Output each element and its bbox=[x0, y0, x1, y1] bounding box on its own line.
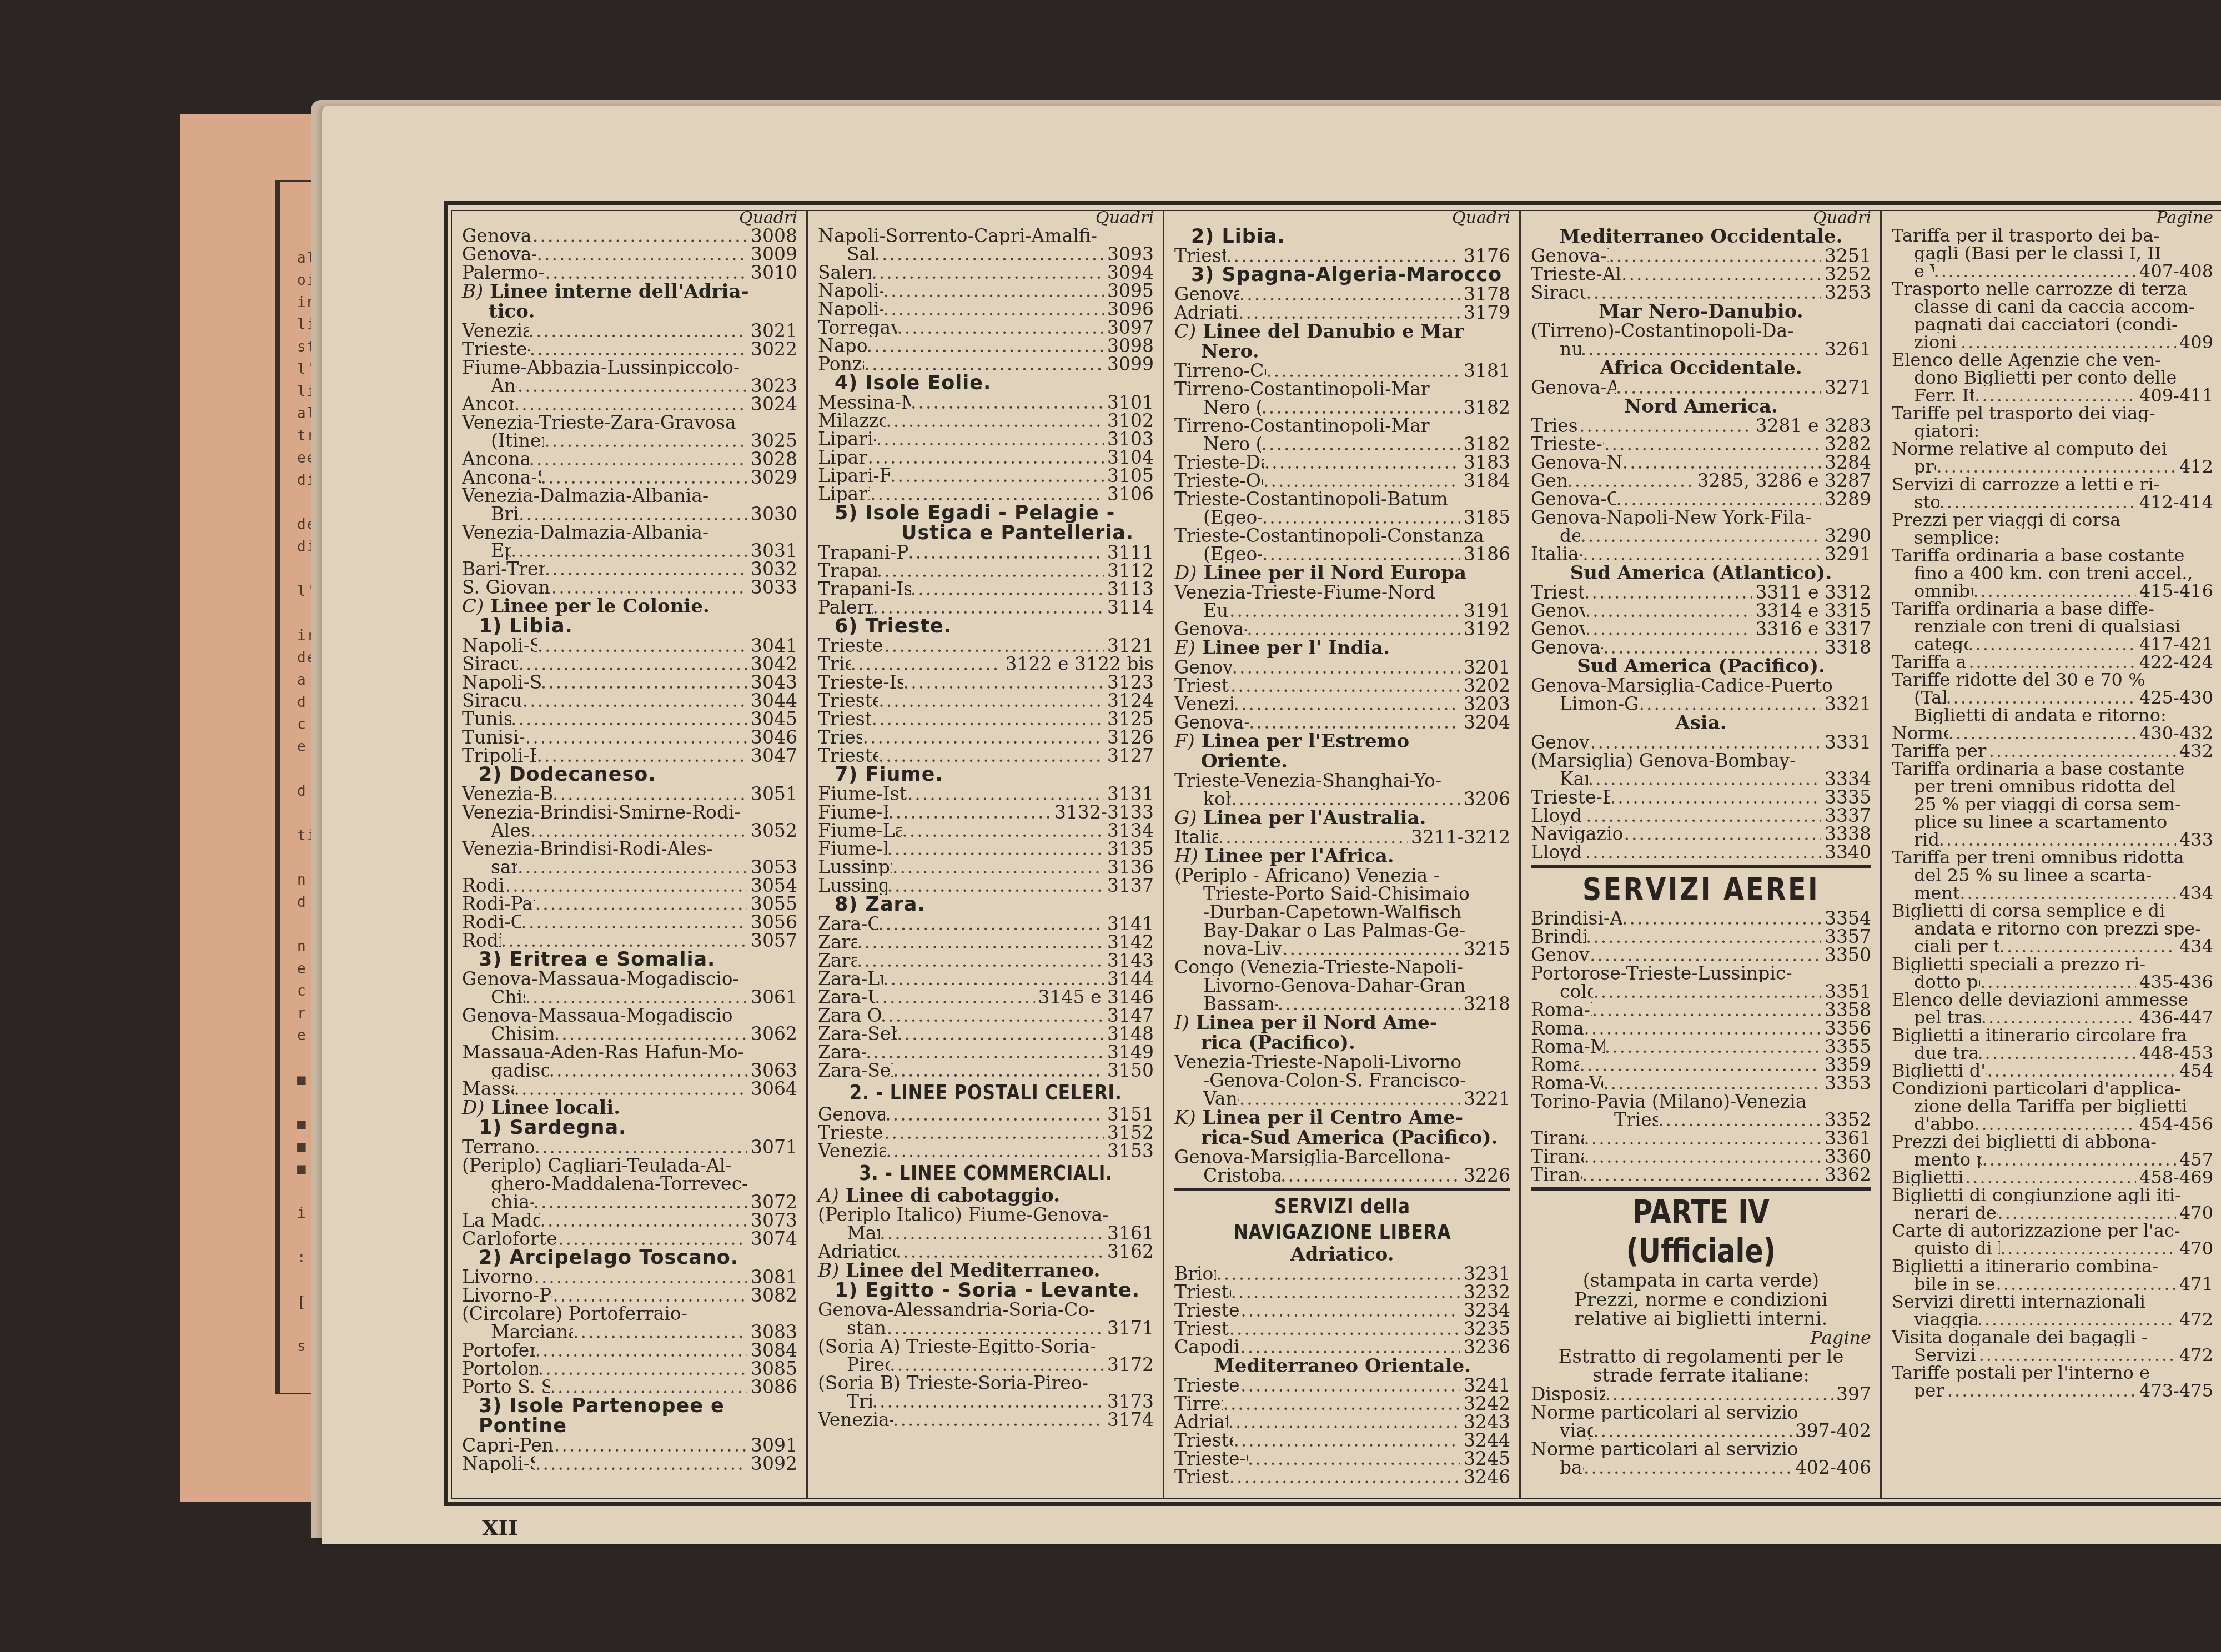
index-entry: Lussingrande-Fiume3137 bbox=[818, 876, 1154, 895]
entry-title: Zara-Ulbo e Zara-Sale. bbox=[818, 988, 875, 1006]
index-entry: Genova-Africa Occidentale3271 bbox=[1531, 378, 1871, 396]
table-number: 3086 bbox=[747, 1378, 797, 1396]
leader-dots bbox=[545, 560, 747, 578]
entry-title: Chisimaio bbox=[491, 988, 525, 1006]
index-entry: quisto di biglietti a metà prezzo470 bbox=[1892, 1239, 2213, 1257]
entry-title: Trieste-Palestina bbox=[1174, 1431, 1233, 1449]
entry-title-line: plice su linee a scartamento bbox=[1892, 813, 2213, 831]
index-entry: Trieste-Palestina3244 bbox=[1174, 1431, 1510, 1449]
leader-dots bbox=[1974, 1115, 2136, 1133]
entry-title: Napoli-Siracusa-Tripoli bbox=[462, 636, 537, 655]
leader-dots bbox=[1231, 790, 1460, 808]
leader-dots bbox=[1939, 831, 2176, 848]
index-entry: Genova-Barcellona3178 bbox=[1174, 285, 1510, 303]
table-number: 3008 bbox=[747, 227, 797, 245]
index-entry: (Tabella C)425-430 bbox=[1892, 689, 2213, 706]
entry-title: (Tabella C) bbox=[1914, 689, 1946, 706]
entry-title: Brindisi-Valona bbox=[1531, 927, 1586, 946]
leader-dots bbox=[907, 785, 1104, 803]
entry-title: Lipari-Stromboli bbox=[818, 430, 876, 448]
table-number: 3121 bbox=[1104, 636, 1154, 655]
leader-dots bbox=[519, 505, 747, 523]
page-range: 432 bbox=[2176, 742, 2213, 760]
index-entry: Ancona3023 bbox=[462, 376, 797, 395]
index-entry: Rodi-Patmo3054 bbox=[462, 876, 797, 895]
region-heading: Asia. bbox=[1531, 713, 1871, 733]
entry-title-line: Biglietti a itinerario combina- bbox=[1892, 1257, 2213, 1275]
index-entry: Brioni-Pola3231 bbox=[1174, 1264, 1510, 1283]
entry-title: due transiti internazionali bbox=[1914, 1044, 1977, 1062]
entry-title: Zara-Lussinpiccolo bbox=[818, 970, 883, 988]
region-heading: Nord America. bbox=[1531, 396, 1871, 416]
paragraph-line: Estratto di regolamenti per le bbox=[1531, 1347, 1871, 1366]
pagine-entry: Prezzi dei biglietti di abbona-mento per… bbox=[1892, 1133, 2213, 1168]
entry-title-line: Prezzi dei biglietti di abbona- bbox=[1892, 1133, 2213, 1151]
index-entry: Lipari-Vulcano3106 bbox=[818, 485, 1154, 503]
pagine-entry: Visita doganale dei bagagli -Servizi int… bbox=[1892, 1328, 2213, 1364]
leader-dots bbox=[903, 673, 1104, 691]
entry-title-line: (Circolare) Portoferraio- bbox=[462, 1304, 797, 1323]
page-range: 415-416 bbox=[2136, 582, 2213, 600]
page-range: 458-469 bbox=[2136, 1168, 2213, 1186]
entry-title: Biglietti d'abbonam speciali bbox=[1892, 1168, 1965, 1186]
leader-dots bbox=[501, 931, 747, 950]
index-entry: Trieste-Portorose3352 bbox=[1531, 1111, 1871, 1129]
index-entry: Trieste-Venezia3235 bbox=[1174, 1319, 1510, 1338]
leader-dots bbox=[887, 1319, 1104, 1337]
section-letter: D) bbox=[1174, 562, 1197, 584]
table-number: 3097 bbox=[1104, 318, 1154, 337]
entry-title: Roma-Milano-Monaco bbox=[1531, 1037, 1605, 1056]
entry-title-line: Venezia-Dalmazia-Albania- bbox=[462, 486, 797, 505]
leader-dots bbox=[1262, 508, 1460, 526]
index-entry: mento ridotto434 bbox=[1892, 884, 2213, 902]
entry-title-line: Venezia-Brindisi-Rodi-Ales- bbox=[462, 840, 797, 858]
pagine-entry: Elenco delle Agenzie che ven-dono Biglie… bbox=[1892, 351, 2213, 404]
leader-dots bbox=[1590, 946, 1821, 964]
page-range: 436-447 bbox=[2136, 1008, 2213, 1026]
index-entry: Karachi3334 bbox=[1531, 770, 1871, 788]
leader-dots bbox=[911, 580, 1104, 598]
index-entry: Genova-Porto Torres.3008 bbox=[462, 227, 797, 245]
section-heading-continued: rica-Sud America (Pacifico). bbox=[1174, 1128, 1510, 1148]
entry-title: La Maddalena-Bonifacio bbox=[462, 1211, 540, 1229]
entry-title-line: Prezzi per viaggi di corsa bbox=[1892, 511, 2213, 529]
page-range: 472 bbox=[2176, 1310, 2213, 1328]
leader-dots bbox=[893, 1410, 1104, 1429]
leader-dots bbox=[535, 1454, 747, 1473]
section-letter: A) bbox=[818, 1184, 839, 1207]
table-number: 3057 bbox=[747, 931, 797, 950]
section-title: Linee del Danubio e Mar bbox=[1203, 320, 1464, 343]
leader-dots bbox=[514, 395, 747, 413]
leader-dots bbox=[1218, 828, 1408, 846]
entry-title: Venezia-Calcutta bbox=[1174, 695, 1233, 713]
entry-title: Pireo-Trieste bbox=[847, 1355, 890, 1374]
leader-dots bbox=[1239, 1089, 1460, 1108]
section-heading: D) Linee per il Nord Europa bbox=[1174, 563, 1510, 583]
table-number: 3042 bbox=[747, 655, 797, 673]
leader-dots bbox=[1584, 1458, 1792, 1477]
section-title: Linee locali. bbox=[491, 1097, 620, 1119]
index-column-3: Quadri 2) Libia.Trieste-Tripoli31763) Sp… bbox=[1163, 210, 1518, 1498]
table-number: 3046 bbox=[747, 728, 797, 746]
leader-dots bbox=[897, 1025, 1104, 1043]
table-number: 3337 bbox=[1821, 806, 1871, 825]
table-number: 3043 bbox=[747, 673, 797, 691]
table-number: 3127 bbox=[1104, 746, 1154, 765]
index-column-5: Pagine Tariffa per il trasporto dei ba-g… bbox=[1880, 210, 2221, 1498]
entry-title: Trieste-Portorose bbox=[818, 691, 878, 710]
table-number: 3357 bbox=[1821, 927, 1871, 946]
entry-title: (Egeo-Mar Nero B) bbox=[1203, 545, 1262, 563]
table-number: 3360 bbox=[1821, 1147, 1871, 1166]
table-number: 3092 bbox=[747, 1454, 797, 1473]
entry-title: Adriatico-Sicilia-Tirreno bbox=[818, 1242, 896, 1261]
entry-title: Trapani-Isole Egadi-Marettimo bbox=[818, 580, 911, 598]
region-heading: Adriatico. bbox=[1174, 1244, 1510, 1264]
entry-title-line: Tariffa ordinaria a base diffe- bbox=[1892, 600, 2213, 617]
table-number: 3204 bbox=[1460, 713, 1510, 731]
table-number: 3062 bbox=[747, 1025, 797, 1043]
leader-dots bbox=[573, 1323, 747, 1341]
entry-title: Roma-Cagliari bbox=[1531, 1019, 1584, 1037]
index-entry: Lipari-Stromboli3103 bbox=[818, 430, 1154, 448]
entry-title: Zara-Spalato bbox=[818, 1043, 866, 1061]
entry-title: Marciana Marina-Marina di C. bbox=[491, 1323, 573, 1341]
page-range: 412-414 bbox=[2136, 493, 2213, 511]
index-entry: Capri-Penis. Sorrentina-Napoli3091 bbox=[462, 1436, 797, 1454]
entry-title-line: gagli (Basi per le classi I, II bbox=[1892, 244, 2213, 262]
index-entry: zioni e tariffe)409 bbox=[1892, 333, 2213, 351]
index-entry: Tirana-Valona3362 bbox=[1531, 1166, 1871, 1184]
leader-dots bbox=[1934, 262, 2137, 280]
paragraph-line: Prezzi, norme e condizioni bbox=[1531, 1291, 1871, 1309]
entry-title: Rodi-Patmo bbox=[462, 876, 505, 895]
leader-dots bbox=[529, 450, 747, 468]
region-heading: Sud America (Pacifico). bbox=[1531, 656, 1871, 676]
entry-title: Trieste bbox=[847, 1392, 872, 1410]
entry-title: Trieste-Pola-Zara bbox=[818, 746, 878, 765]
entry-title: Napoli-Ponza bbox=[818, 337, 867, 355]
table-number: 3184 bbox=[1460, 471, 1510, 490]
leader-dots bbox=[1261, 435, 1460, 453]
table-number: 3053 bbox=[747, 858, 797, 876]
section-heading: H) Linee per l'Africa. bbox=[1174, 846, 1510, 866]
index-entry: Capodistria-Trieste3236 bbox=[1174, 1338, 1510, 1356]
entry-title: Trieste-Venezia bbox=[1174, 1319, 1229, 1338]
table-number: 3358 bbox=[1821, 1001, 1871, 1019]
leader-dots bbox=[1605, 1385, 1833, 1403]
subsection-heading: 5) Isole Egadi - Pelagie - bbox=[818, 503, 1154, 523]
leader-dots bbox=[1278, 995, 1460, 1013]
section-title: Linee per l' India. bbox=[1202, 637, 1390, 659]
leader-dots bbox=[1226, 247, 1460, 265]
entry-title: Biglietti d'abbonamento ordinari bbox=[1892, 1062, 1987, 1079]
entry-title-line: Genova-Massaua-Mogadiscio- bbox=[462, 970, 797, 988]
leader-dots bbox=[1989, 742, 2176, 760]
index-entry: ridotto433 bbox=[1892, 831, 2213, 848]
table-number: 3105 bbox=[1104, 466, 1154, 485]
leader-dots bbox=[887, 876, 1104, 895]
pagine-entry: Biglietti d'abbonamento ordinari454 bbox=[1892, 1062, 2213, 1079]
index-entry: Limon-Guayaquil-Valparaiso3321 bbox=[1531, 695, 1871, 713]
entry-title: Napoli-Siracusa-Bengasi bbox=[462, 673, 541, 691]
leader-dots bbox=[544, 431, 747, 450]
table-number: 3125 bbox=[1104, 710, 1154, 728]
index-entry: Pireo-Trieste3172 bbox=[818, 1355, 1154, 1374]
index-entry: Messina-Milazzo-Eolie-Napoli .3101 bbox=[818, 393, 1154, 411]
entry-title: (Itinerario A e B) bbox=[491, 431, 544, 450]
table-number: 3030 bbox=[747, 505, 797, 523]
entry-title-line: Venezia-Trieste-Zara-Gravosa bbox=[462, 413, 797, 431]
leader-dots bbox=[1261, 398, 1460, 416]
index-entry: Trieste-Alessandria3241 bbox=[1174, 1376, 1510, 1394]
leader-dots bbox=[1936, 458, 2176, 475]
index-entry: Tariffa a metà prezzo (Tab. D)422-424 bbox=[1892, 653, 2213, 671]
entry-title-line: Trieste-Costantinopoli-Batum bbox=[1174, 490, 1510, 508]
index-entry: Napoli-Siracusa-Tripoli3041 bbox=[462, 636, 797, 655]
index-entry: Genova-Lisbona-Oporto3251 bbox=[1531, 247, 1871, 265]
index-entry: Lipari-Filicudi-Alicudi3105 bbox=[818, 466, 1154, 485]
index-entry: Marciana Marina-Marina di C.3083 bbox=[462, 1323, 797, 1341]
entry-title-line: Torino-Pavia (Milano)-Venezia bbox=[1531, 1092, 1871, 1111]
region-heading: Sud America (Atlantico). bbox=[1531, 563, 1871, 583]
table-number: 3362 bbox=[1821, 1166, 1871, 1184]
index-entry: Europa3191 bbox=[1174, 601, 1510, 620]
index-entry: Trieste-Brasile-Plata3311 e 3312 bbox=[1531, 583, 1871, 601]
page-range: 412 bbox=[2176, 458, 2213, 475]
table-number: 3350 bbox=[1821, 946, 1871, 964]
table-number: 3126 bbox=[1104, 728, 1154, 746]
index-entry: kohama3206 bbox=[1174, 790, 1510, 808]
leader-dots bbox=[1979, 1346, 2176, 1364]
pagine-entry: Tariffa ordinaria a base costanteper tre… bbox=[1892, 760, 2213, 848]
leader-dots bbox=[1603, 1074, 1821, 1092]
leader-dots bbox=[1588, 770, 1821, 788]
index-entry: Fiume-Pola e Fiume-Cherso3132-3133 bbox=[818, 803, 1154, 821]
subsection-heading: 3) Isole Partenopee e Pontine bbox=[462, 1396, 797, 1436]
leader-dots bbox=[864, 355, 1104, 373]
leader-dots bbox=[857, 933, 1104, 951]
leader-dots bbox=[872, 1392, 1104, 1410]
leader-dots bbox=[541, 468, 747, 486]
section-heading-continued: Oriente. bbox=[1174, 751, 1510, 771]
index-entry: Rodi-Castelrosso3056 bbox=[462, 913, 797, 931]
region-heading: Mar Nero-Danubio. bbox=[1531, 302, 1871, 322]
table-number: 3032 bbox=[747, 560, 797, 578]
page-range: 471 bbox=[2176, 1275, 2213, 1293]
entry-title: quisto di biglietti a metà prezzo bbox=[1914, 1239, 2000, 1257]
page-range: 430-432 bbox=[2136, 724, 2213, 742]
leader-dots bbox=[550, 1378, 747, 1396]
table-number: 3174 bbox=[1104, 1410, 1154, 1429]
column-3-entries: 2) Libia.Trieste-Tripoli31763) Spagna-Al… bbox=[1174, 227, 1510, 1486]
leader-dots bbox=[536, 245, 747, 263]
entry-title: Trieste-Alessandria bbox=[818, 1123, 884, 1142]
entry-title: Genova-Indie Olandesi bbox=[1174, 713, 1249, 731]
entry-title: Lipari-Filicudi-Alicudi bbox=[818, 466, 890, 485]
index-entry: Trieste-Pola3126 bbox=[818, 728, 1154, 746]
table-number: 3091 bbox=[747, 1436, 797, 1454]
entry-title: Epiro bbox=[491, 541, 511, 560]
entry-title: Trieste-Brasile-Plata bbox=[1531, 583, 1584, 601]
index-entry: Trapani-Isole Egadi-Marettimo3113 bbox=[818, 580, 1154, 598]
leader-dots bbox=[1586, 927, 1821, 946]
section-heading-continued: Nero. bbox=[1174, 342, 1510, 361]
entry-title: Tunisi-Tripoli bbox=[462, 710, 511, 728]
page-range: 409-411 bbox=[2136, 386, 2213, 404]
leader-dots bbox=[877, 561, 1104, 580]
table-number: 3025 bbox=[747, 431, 797, 450]
major-heading: 2. - LINEE POSTALI CELERI. bbox=[848, 1079, 1123, 1105]
entry-title: Palermo-Ustica bbox=[818, 598, 873, 616]
entry-title: Livorno-Portoferraio . bbox=[462, 1268, 534, 1286]
leader-dots bbox=[1230, 676, 1460, 695]
leader-dots bbox=[1581, 340, 1821, 358]
leader-dots bbox=[890, 466, 1104, 485]
table-number: 3235 bbox=[1460, 1319, 1510, 1338]
index-entry: Bari-Tremiti-Manfredonia.3032 bbox=[462, 560, 797, 578]
index-entry: Trieste-Pola-Zara3127 bbox=[818, 746, 1154, 765]
entry-title: Rodi-Castelrosso bbox=[462, 913, 521, 931]
pagine-entry: Prezzi per viaggi di corsasemplice: bbox=[1892, 511, 2213, 546]
entry-title-line: del 25 % su linee a scarta- bbox=[1892, 866, 2213, 884]
leader-dots bbox=[529, 322, 747, 340]
table-number: 3285, 3286 e 3287 bbox=[1694, 471, 1871, 490]
table-number: 3111 bbox=[1104, 543, 1154, 561]
index-entry: La Maddalena-Bonifacio3073 bbox=[462, 1211, 797, 1229]
entry-title: Fiume-Laurana-Moschiena bbox=[818, 821, 902, 840]
index-entry: (Itinerario A e B)3025 bbox=[462, 431, 797, 450]
section-title: Linee per le Colonie. bbox=[490, 595, 710, 617]
entry-title: Disposizioni generali bbox=[1531, 1385, 1605, 1403]
index-entry: per l'estero473-475 bbox=[1892, 1382, 2213, 1399]
leader-dots bbox=[1996, 1275, 2176, 1293]
table-number: 3113 bbox=[1104, 580, 1154, 598]
index-entry: Zara Oltre Stretto3147 bbox=[818, 1006, 1154, 1025]
index-entry: Napoli-Ischia-Forio3096 bbox=[818, 300, 1154, 318]
major-heading: SERVIZI della NAVIGAZIONE LIBERA bbox=[1204, 1193, 1480, 1244]
table-number: 3311 e 3312 bbox=[1752, 583, 1871, 601]
entry-title-line: Tariffa ordinaria a base costante bbox=[1892, 546, 2213, 564]
leader-dots bbox=[881, 1006, 1104, 1025]
entry-title: Terranova-Maddalena bbox=[462, 1138, 535, 1156]
index-entry: Bassam-Libreville-Matadi.3218 bbox=[1174, 995, 1510, 1013]
table-number: 3041 bbox=[747, 636, 797, 655]
index-entry: Zara-Obbrovazzo3141 bbox=[818, 915, 1154, 933]
entry-title-line: classe di cani da caccia accom- bbox=[1892, 298, 2213, 315]
leader-dots bbox=[878, 691, 1104, 710]
leader-dots bbox=[1658, 1111, 1821, 1129]
index-entry: prezzi412 bbox=[1892, 458, 2213, 475]
entry-title: Siracusa-Bengasi bbox=[462, 691, 522, 710]
leader-dots bbox=[505, 876, 747, 895]
entry-title: colo-Zara bbox=[1560, 982, 1593, 1001]
index-entry: Trieste3173 bbox=[818, 1392, 1154, 1410]
entry-title: Genova-Bombay bbox=[1174, 658, 1232, 676]
entry-title: ciali per treni diretti e omnibus bbox=[1914, 937, 1999, 955]
leader-dots bbox=[518, 655, 747, 673]
table-number: 3124 bbox=[1104, 691, 1154, 710]
index-entry: Siracusa-Tripoli3042 bbox=[462, 655, 797, 673]
leader-dots bbox=[514, 1079, 747, 1098]
index-entry: dotto per viaggi in comitiva435-436 bbox=[1892, 973, 2213, 991]
index-entry: Livorno-Portoferraio .3081 bbox=[462, 1268, 797, 1286]
subsection-heading: 2) Dodecaneso. bbox=[462, 765, 797, 785]
leader-dots bbox=[1961, 333, 2176, 351]
leader-dots bbox=[522, 691, 747, 710]
leader-dots bbox=[525, 988, 747, 1006]
index-entry: Genova-Nord Europa.3192 bbox=[1174, 620, 1510, 638]
index-entry: Roma-Tripoli3359 bbox=[1531, 1056, 1871, 1074]
table-number: 3072 bbox=[747, 1193, 797, 1211]
entry-title: Limon-Guayaquil-Valparaiso bbox=[1560, 695, 1639, 713]
leader-dots bbox=[1609, 247, 1821, 265]
entry-title: Genova-Canadà-Stati Uniti bbox=[1531, 490, 1616, 508]
table-number: 3122 e 3122 bis bbox=[1002, 655, 1154, 673]
leader-dots bbox=[866, 1043, 1104, 1061]
leader-dots bbox=[1616, 490, 1821, 508]
entry-title: Tirana-Koritza bbox=[1531, 1129, 1584, 1147]
leader-dots bbox=[1584, 1147, 1821, 1166]
entry-title-line: Tariffa per treni omnibus ridotta bbox=[1892, 848, 2213, 866]
leader-dots bbox=[517, 376, 747, 395]
entry-title-line: (Tirreno)-Costantinopoli-Da- bbox=[1531, 322, 1871, 340]
leader-dots bbox=[521, 913, 747, 931]
entry-title: Tirreno-Egeo bbox=[1174, 1394, 1223, 1413]
entry-title: Karachi bbox=[1560, 770, 1588, 788]
entry-title: Trieste-Bombay-Karachi bbox=[1531, 788, 1610, 806]
table-number: 3282 bbox=[1821, 435, 1871, 453]
entry-title: Trieste-Monfalcone bbox=[818, 636, 884, 655]
entry-title: Tirana Scutari bbox=[1531, 1147, 1584, 1166]
entry-title: Zara-Sebenico-Scardona bbox=[818, 1025, 897, 1043]
subsection-heading: 8) Zara. bbox=[818, 895, 1154, 915]
entry-title-line: Tariffa per il trasporto dei ba- bbox=[1892, 227, 2213, 244]
table-number: 3149 bbox=[1104, 1043, 1154, 1061]
leader-dots bbox=[908, 543, 1104, 561]
entry-title-line: renziale con treni di qualsiasi bbox=[1892, 617, 2213, 635]
pagine-entry: Condizioni particolari d'applica-zione d… bbox=[1892, 1079, 2213, 1133]
index-entry: Rodi-Caso3057 bbox=[462, 931, 797, 950]
index-column-4: Quadri Mediterraneo Occidentale.Genova-L… bbox=[1519, 210, 1879, 1498]
entry-title-line: Tariffe ridotte del 30 e 70 % bbox=[1892, 671, 2213, 689]
table-number: 3029 bbox=[747, 468, 797, 486]
leader-dots bbox=[1584, 1019, 1821, 1037]
entry-title: Portolongone-Piombino bbox=[462, 1359, 538, 1378]
leader-dots bbox=[1567, 471, 1694, 490]
leader-dots bbox=[1999, 937, 2176, 955]
entry-title-line: Visita doganale dei bagagli - bbox=[1892, 1328, 2213, 1346]
index-entry: sandria3053 bbox=[462, 858, 797, 876]
index-entry: delfia3290 bbox=[1531, 526, 1871, 545]
entry-title: Ferr. Italiane dello Stato bbox=[1914, 386, 1974, 404]
entry-title: Fiume-Istria-Trieste-Ravenna bbox=[818, 785, 907, 803]
index-entry: Siracusa-Bengasi3044 bbox=[462, 691, 797, 710]
entry-title-line: Genova-Massaua-Mogadiscio bbox=[462, 1006, 797, 1025]
entry-title: Genova-Nord Europa. bbox=[1174, 620, 1247, 638]
part-iv-subtitle: (stampata in carta verde) bbox=[1531, 1271, 1871, 1291]
table-number: 3290 bbox=[1821, 526, 1871, 545]
table-number: 3335 bbox=[1821, 788, 1871, 806]
entry-title: Porto S. Stefano-Isola Giglio. bbox=[462, 1378, 550, 1396]
entry-title: chia-Cagliari bbox=[491, 1193, 534, 1211]
leader-dots bbox=[1982, 1151, 2175, 1168]
column-5-entries: Tariffa per il trasporto dei ba-gagli (B… bbox=[1892, 227, 2213, 1399]
index-entry: Trieste-Costantinopoli3245 bbox=[1174, 1449, 1510, 1468]
entry-title: Genova-Cagliari-Tunisi bbox=[462, 245, 536, 263]
